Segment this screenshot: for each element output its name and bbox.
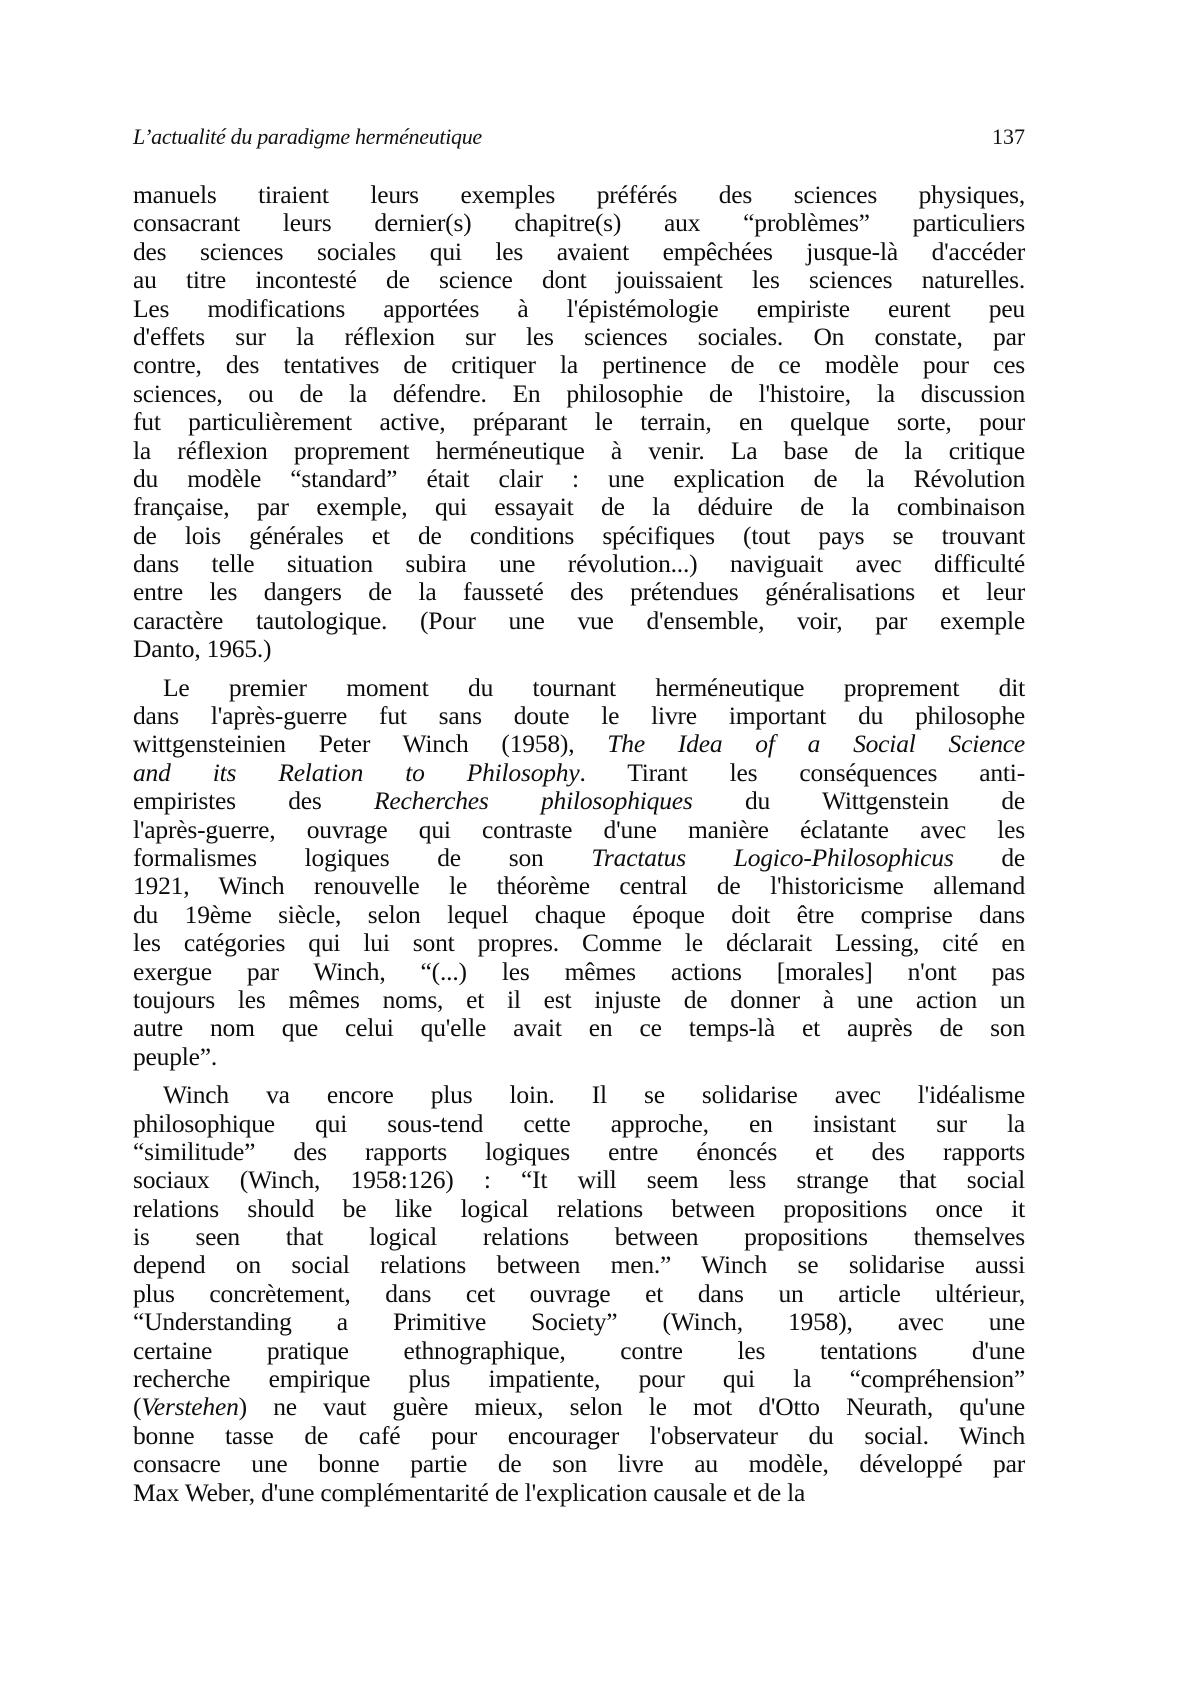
text-line: au titre incontesté de science dont joui… (133, 266, 1025, 294)
text-line: dans l'après-guerre fut sans doute le li… (133, 702, 1025, 730)
text-line: recherche empirique plus impatiente, pou… (133, 1365, 1025, 1393)
text-line: consacre une bonne partie de son livre a… (133, 1450, 1025, 1478)
paragraph: Winch va encore plus loin. Il se solidar… (133, 1081, 1025, 1507)
text-line: formalismes logiques de son Tractatus Lo… (133, 844, 1025, 872)
paragraph: manuels tiraient leurs exemples préférés… (133, 181, 1025, 664)
text-line: (Verstehen) ne vaut guère mieux, selon l… (133, 1393, 1025, 1421)
text-line: d'effets sur la réflexion sur les scienc… (133, 323, 1025, 351)
text-line: plus concrètement, dans cet ouvrage et d… (133, 1280, 1025, 1308)
text-line: sociaux (Winch, 1958:126) : “It will see… (133, 1166, 1025, 1194)
text-line: autre nom que celui qu'elle avait en ce … (133, 1014, 1025, 1042)
text-line: 1921, Winch renouvelle le théorème centr… (133, 872, 1025, 900)
text-line: depend on social relations between men.”… (133, 1251, 1025, 1279)
text-line: la réflexion proprement herméneutique à … (133, 437, 1025, 465)
body-text: manuels tiraient leurs exemples préférés… (133, 181, 1025, 1507)
text-line: Winch va encore plus loin. Il se solidar… (133, 1081, 1025, 1109)
text-line: “Understanding a Primitive Society” (Win… (133, 1308, 1025, 1336)
document-page: L’actualité du paradigme herméneutique 1… (0, 0, 1190, 1684)
text-line: française, par exemple, qui essayait de … (133, 493, 1025, 521)
text-line: “similitude” des rapports logiques entre… (133, 1138, 1025, 1166)
text-line: Danto, 1965.) (133, 635, 1025, 663)
text-line: certaine pratique ethnographique, contre… (133, 1337, 1025, 1365)
text-line: Max Weber, d'une complémentarité de l'ex… (133, 1479, 1025, 1507)
text-line: caractère tautologique. (Pour une vue d'… (133, 607, 1025, 635)
text-line: l'après-guerre, ouvrage qui contraste d'… (133, 816, 1025, 844)
text-line: contre, des tentatives de critiquer la p… (133, 351, 1025, 379)
text-line: dans telle situation subira une révoluti… (133, 550, 1025, 578)
text-line: and its Relation to Philosophy. Tirant l… (133, 759, 1025, 787)
text-line: sciences, ou de la défendre. En philosop… (133, 380, 1025, 408)
text-line: fut particulièrement active, préparant l… (133, 408, 1025, 436)
text-line: du 19ème siècle, selon lequel chaque épo… (133, 901, 1025, 929)
text-line: philosophique qui sous-tend cette approc… (133, 1110, 1025, 1138)
text-line: consacrant leurs dernier(s) chapitre(s) … (133, 209, 1025, 237)
text-line: entre les dangers de la fausseté des pré… (133, 578, 1025, 606)
text-line: peuple”. (133, 1043, 1025, 1071)
running-head: L’actualité du paradigme herméneutique 1… (133, 124, 1025, 158)
running-title: L’actualité du paradigme herméneutique (133, 124, 482, 150)
text-line: de lois générales et de conditions spéci… (133, 522, 1025, 550)
text-line: du modèle “standard” était clair : une e… (133, 465, 1025, 493)
text-line: Les modifications apportées à l'épistémo… (133, 295, 1025, 323)
text-line: bonne tasse de café pour encourager l'ob… (133, 1422, 1025, 1450)
text-line: relations should be like logical relatio… (133, 1195, 1025, 1223)
text-line: wittgensteinien Peter Winch (1958), The … (133, 730, 1025, 758)
page-number: 137 (992, 124, 1025, 150)
paragraph: Le premier moment du tournant herméneuti… (133, 674, 1025, 1071)
text-line: exergue par Winch, “(...) les mêmes acti… (133, 958, 1025, 986)
text-line: empiristes des Recherches philosophiques… (133, 787, 1025, 815)
text-line: Le premier moment du tournant herméneuti… (133, 674, 1025, 702)
text-line: toujours les mêmes noms, et il est injus… (133, 986, 1025, 1014)
text-line: les catégories qui lui sont propres. Com… (133, 929, 1025, 957)
text-line: manuels tiraient leurs exemples préférés… (133, 181, 1025, 209)
text-line: des sciences sociales qui les avaient em… (133, 238, 1025, 266)
text-line: is seen that logical relations between p… (133, 1223, 1025, 1251)
